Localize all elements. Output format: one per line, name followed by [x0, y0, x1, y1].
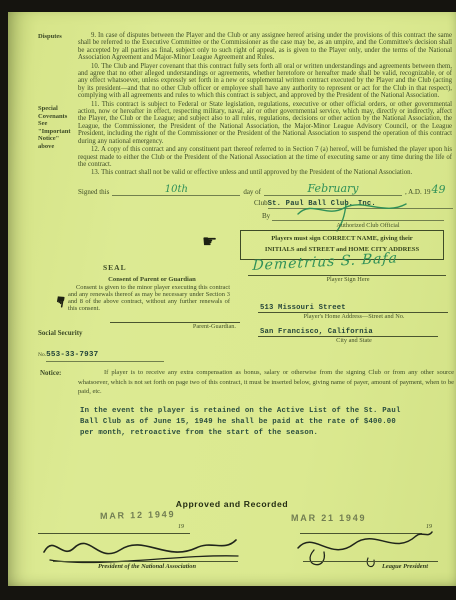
signed-year-value: 49 [432, 183, 446, 196]
clause-13: 13. This contract shall not be valid or … [78, 169, 452, 176]
clause-9: 9. In case of disputes between the Playe… [78, 32, 452, 62]
club-official-signature-blank [272, 212, 444, 221]
street-address-block: 513 Missouri Street Player's Home Addres… [258, 304, 450, 320]
clause-12: 12. A copy of this contract and any cons… [78, 146, 452, 168]
signed-middle: day of [243, 188, 261, 196]
consent-title: Consent of Parent or Guardian [70, 276, 234, 283]
approved-recorded-heading: Approved and Recorded [8, 499, 456, 509]
social-security-number-row: No.553-33-7937 [38, 343, 164, 362]
signed-month-blank: February [264, 182, 402, 196]
city-state-block: San Francisco, California City and State [258, 328, 450, 344]
signed-prefix: Signed this [78, 188, 109, 196]
by-label: By [262, 212, 270, 220]
margin-label-special-covenants: Special Covenants See "Important Notice"… [38, 105, 80, 151]
signed-suffix: , A.D. 19 [405, 188, 430, 196]
player-signature-block: Demetrius S. Bafa Player Sign Here [248, 258, 448, 283]
by-line: By [262, 212, 444, 221]
left-signature-bottom-line [53, 561, 238, 562]
right-signature-bottom-line [303, 561, 438, 562]
national-association-date-stamp: MAR 12 1949 [100, 509, 176, 521]
ssn-value: 553-33-7937 [46, 351, 98, 359]
signed-day-blank: 10th [112, 184, 240, 196]
city-state-caption: City and State [258, 337, 450, 344]
signed-day-value: 10th [165, 184, 188, 195]
signed-month-value: February [308, 182, 359, 195]
national-association-president-caption: President of the National Association [66, 563, 228, 570]
pointing-hand-down-icon: ☛ [50, 294, 67, 310]
street-address-caption: Player's Home Address—Street and No. [258, 313, 450, 320]
player-sign-here-caption: Player Sign Here [248, 276, 448, 283]
notice-text: If player is to receive any extra compen… [78, 368, 454, 397]
sign-box-line1: Players must sign CORRECT NAME, giving t… [241, 234, 443, 245]
typed-bonus-clause: In the event the player is retained on t… [80, 406, 410, 439]
parent-guardian-caption: Parent-Guardian. [110, 323, 240, 330]
parent-guardian-block: Parent-Guardian. [110, 322, 240, 330]
street-address-value: 513 Missouri Street [260, 304, 450, 312]
contract-clauses: 9. In case of disputes between the Playe… [78, 32, 452, 178]
consent-body: Consent is given to the minor player exe… [68, 285, 230, 313]
ssn-blank: 553-33-7937 [46, 343, 164, 362]
league-president-caption: League President [360, 563, 450, 570]
signed-date-line: Signed this 10th day of February , A.D. … [78, 182, 454, 196]
clause-11: 11. This contract is subject to Federal … [78, 101, 452, 145]
clause-10: 10. The Club and Player covenant that th… [78, 63, 452, 100]
margin-label-disputes: Disputes [38, 33, 62, 41]
contract-page: Disputes Special Covenants See "Importan… [8, 12, 456, 586]
pointing-hand-icon: ☛ [202, 233, 217, 250]
notice-label: Notice: [40, 370, 61, 378]
authorized-official-caption: Authorized Club Official [308, 222, 428, 229]
seal-label: SEAL [103, 263, 127, 272]
ssn-no-label: No. [38, 352, 46, 358]
club-label: Club [254, 199, 268, 207]
social-security-label: Social Security [38, 330, 83, 338]
city-state-value: San Francisco, California [260, 328, 450, 336]
